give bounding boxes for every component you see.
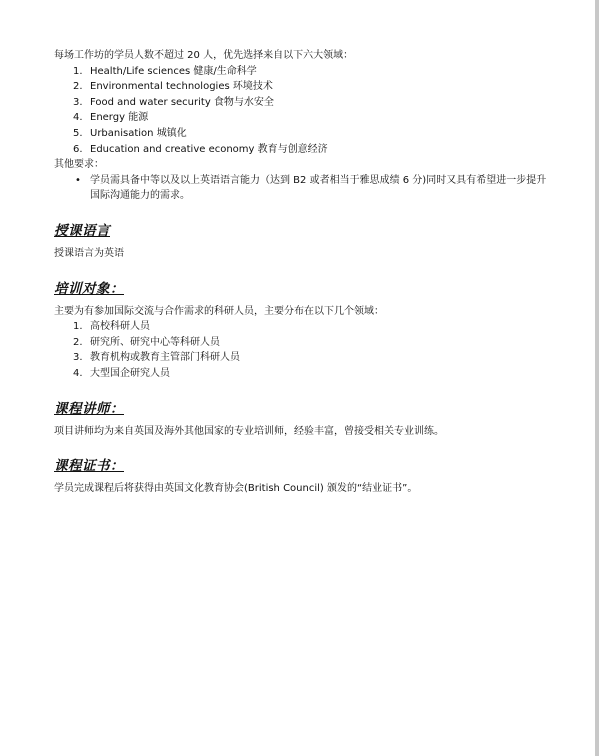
list-number: 3.: [73, 350, 83, 366]
language-text: 授课语言为英语: [54, 246, 554, 262]
list-label: Environmental technologies 环境技术: [90, 81, 273, 92]
list-label: Health/Life sciences 健康/生命科学: [90, 66, 257, 77]
list-item: •学员需具备中等以及以上英语语言能力（达到 B2 或者相当于雅思成绩 6 分)同…: [54, 173, 554, 204]
list-number: 2.: [73, 79, 83, 95]
list-label: Education and creative economy 教育与创意经济: [90, 144, 328, 155]
section-heading-trainers: 课程讲师：: [54, 400, 554, 418]
audience-text: 主要为有参加国际交流与合作需求的科研人员，主要分布在以下几个领域：: [54, 304, 554, 320]
requirements-list: •学员需具备中等以及以上英语语言能力（达到 B2 或者相当于雅思成绩 6 分)同…: [54, 173, 554, 204]
list-label: 大型国企研究人员: [90, 368, 170, 379]
list-label: Energy 能源: [90, 112, 148, 123]
list-item: 4.大型国企研究人员: [54, 366, 554, 382]
page-edge-divider: [595, 0, 599, 756]
bullet-icon: •: [75, 173, 81, 189]
other-requirements-label: 其他要求：: [54, 157, 554, 173]
list-item: 1.高校科研人员: [54, 319, 554, 335]
list-number: 1.: [73, 319, 83, 335]
list-label: 高校科研人员: [90, 321, 150, 332]
list-item: 2.Environmental technologies 环境技术: [54, 79, 554, 95]
document-page: 每场工作坊的学员人数不超过 20 人，优先选择来自以下六大领域： 1.Healt…: [0, 0, 595, 756]
document-content: 每场工作坊的学员人数不超过 20 人，优先选择来自以下六大领域： 1.Healt…: [54, 48, 554, 497]
list-item: 1.Health/Life sciences 健康/生命科学: [54, 64, 554, 80]
list-item: 3.Food and water security 食物与水安全: [54, 95, 554, 111]
section-heading-audience: 培训对象：: [54, 280, 554, 298]
list-label: Food and water security 食物与水安全: [90, 97, 274, 108]
intro-line: 每场工作坊的学员人数不超过 20 人，优先选择来自以下六大领域：: [54, 48, 554, 64]
list-item: 2.研究所、研究中心等科研人员: [54, 335, 554, 351]
list-item: 6.Education and creative economy 教育与创意经济: [54, 142, 554, 158]
section-heading-language: 授课语言: [54, 222, 554, 240]
list-item: 3.教育机构或教育主管部门科研人员: [54, 350, 554, 366]
list-number: 5.: [73, 126, 83, 142]
trainers-text: 项目讲师均为来自英国及海外其他国家的专业培训师，经验丰富，曾接受相关专业训练。: [54, 424, 554, 440]
list-item: 5.Urbanisation 城镇化: [54, 126, 554, 142]
list-number: 4.: [73, 366, 83, 382]
fields-list: 1.Health/Life sciences 健康/生命科学 2.Environ…: [54, 64, 554, 158]
list-number: 4.: [73, 110, 83, 126]
requirement-text: 学员需具备中等以及以上英语语言能力（达到 B2 或者相当于雅思成绩 6 分)同时…: [90, 175, 546, 202]
list-number: 2.: [73, 335, 83, 351]
audience-list: 1.高校科研人员 2.研究所、研究中心等科研人员 3.教育机构或教育主管部门科研…: [54, 319, 554, 381]
section-heading-certificate: 课程证书：: [54, 457, 554, 475]
list-label: 教育机构或教育主管部门科研人员: [90, 352, 240, 363]
list-number: 1.: [73, 64, 83, 80]
list-number: 6.: [73, 142, 83, 158]
list-number: 3.: [73, 95, 83, 111]
list-label: 研究所、研究中心等科研人员: [90, 337, 220, 348]
certificate-text: 学员完成课程后将获得由英国文化教育协会(British Council) 颁发的…: [54, 481, 554, 497]
list-label: Urbanisation 城镇化: [90, 128, 187, 139]
list-item: 4.Energy 能源: [54, 110, 554, 126]
